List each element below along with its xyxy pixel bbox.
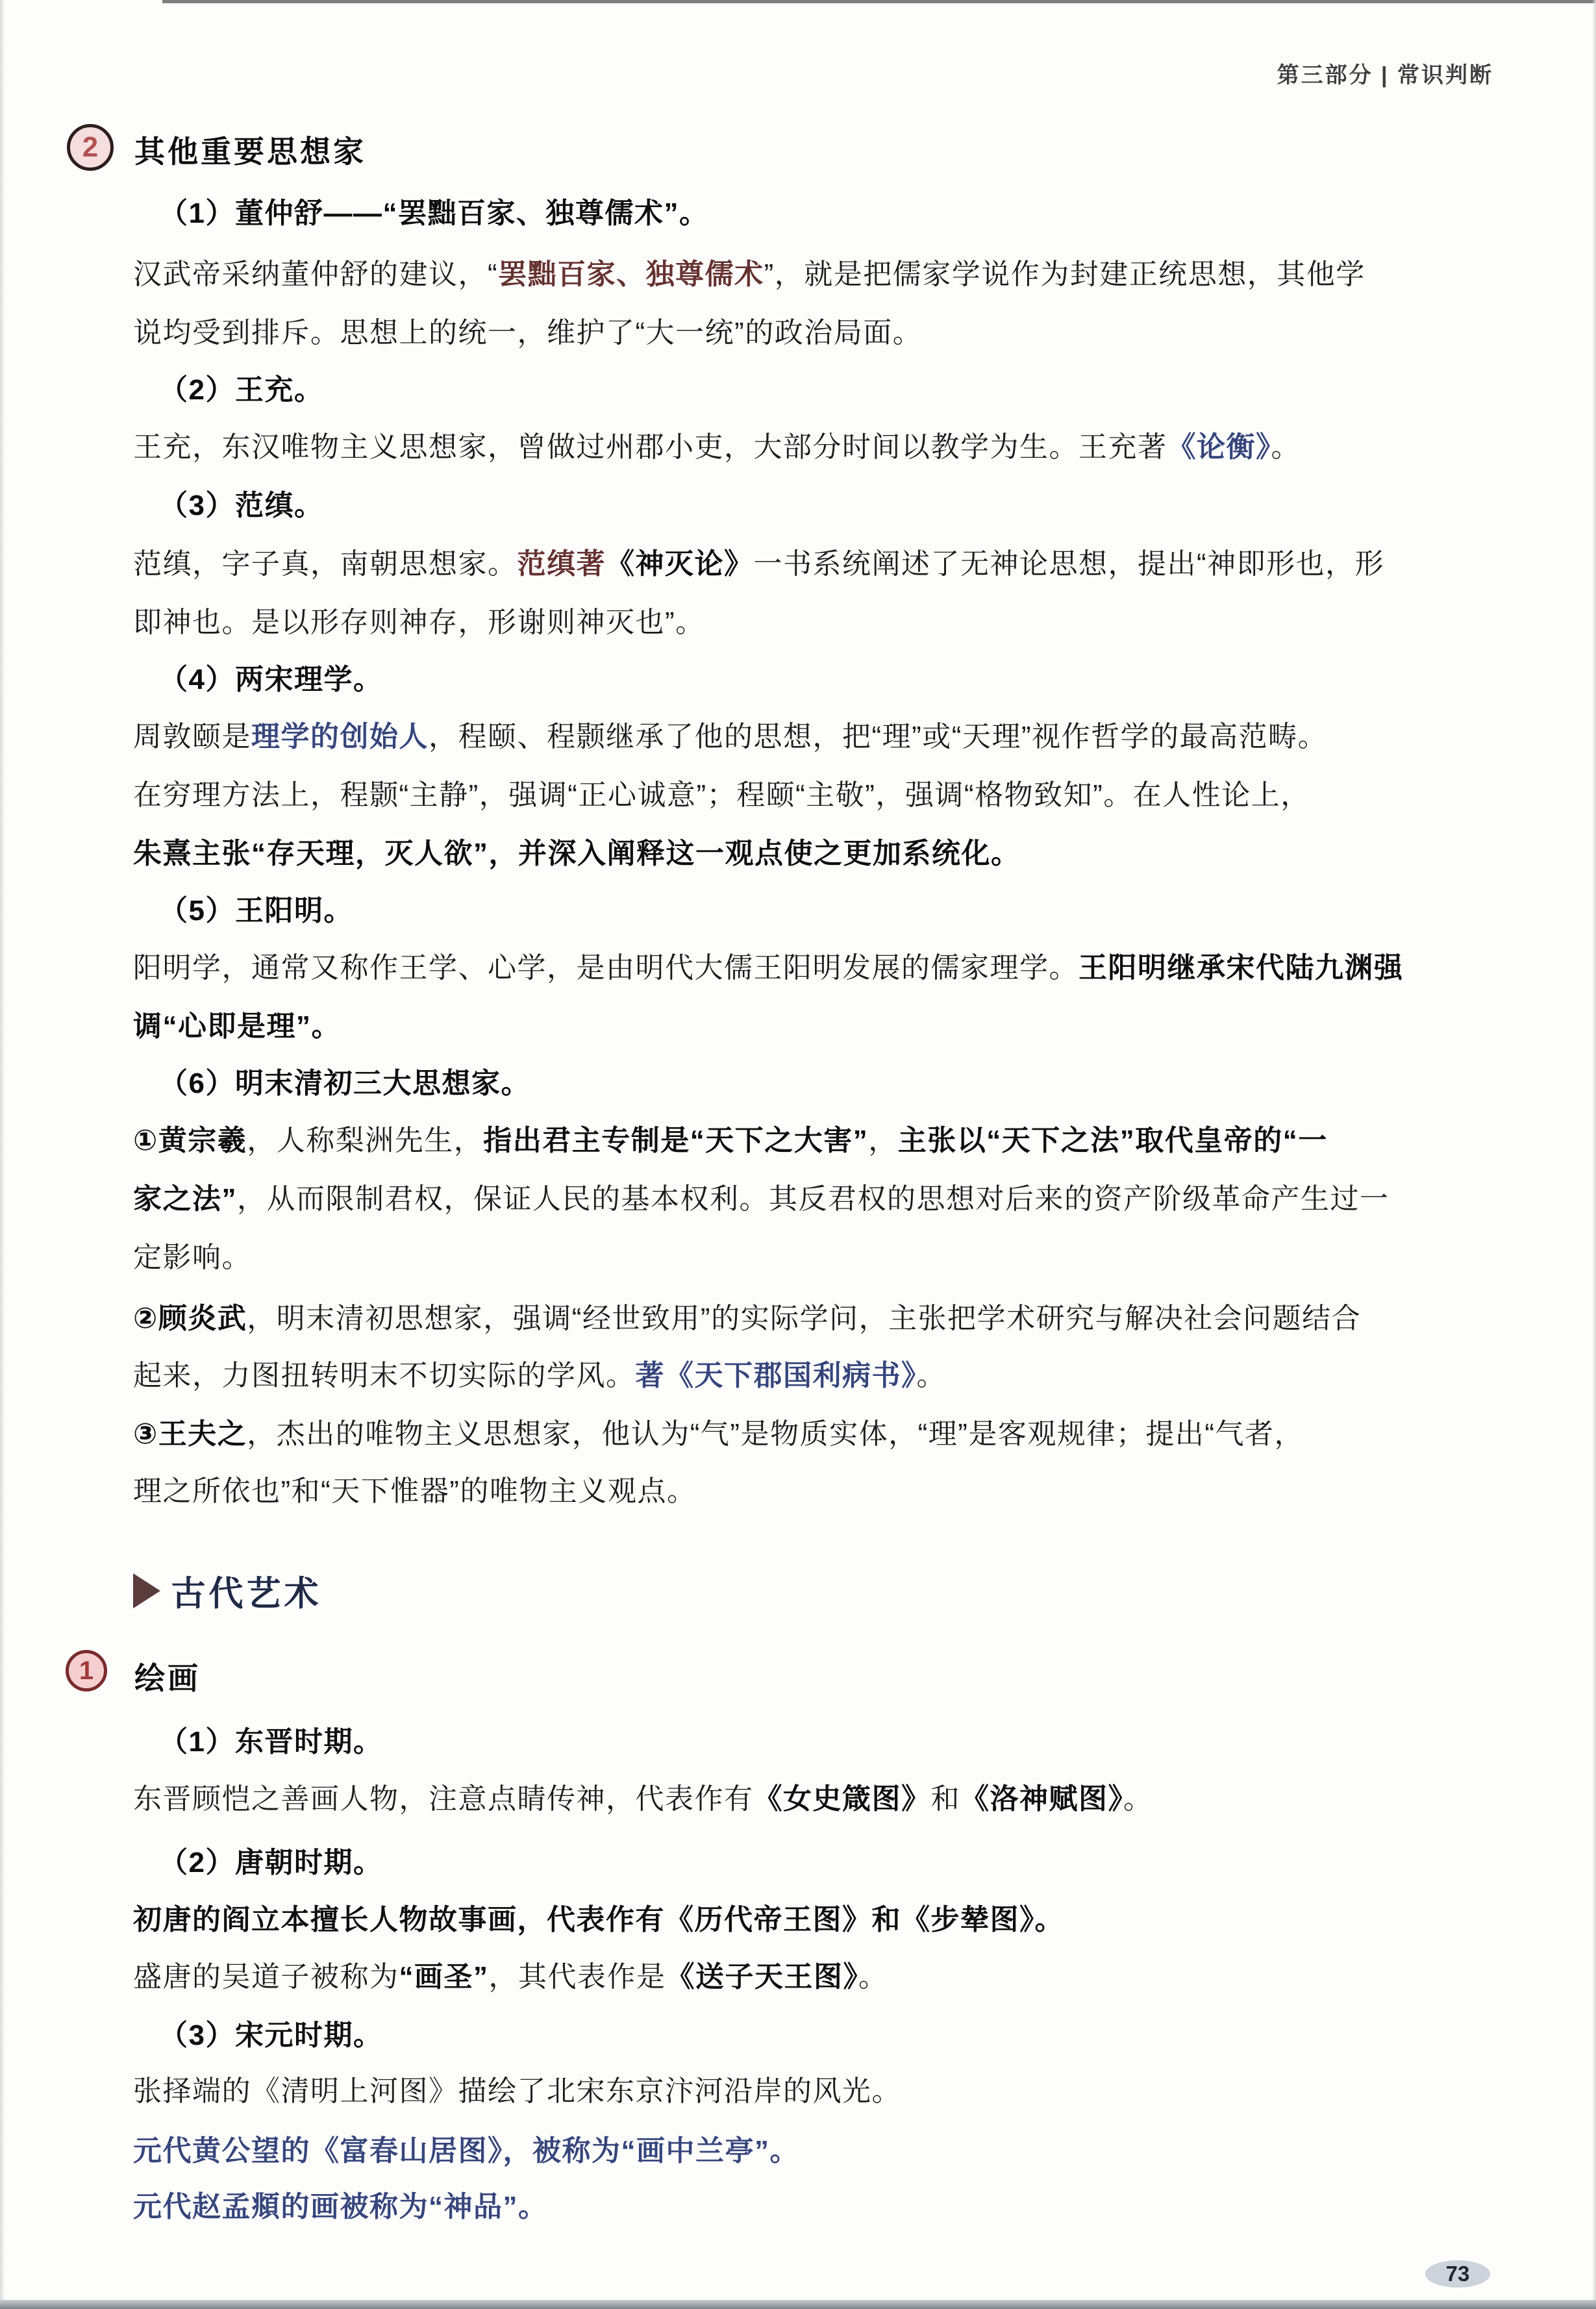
text-segment: 在穷理方法上，程颢“主静”，强调“正心诚意”；程颐“主敬”，强调“格物致知”。在… — [133, 779, 1310, 811]
text-segment: 。 — [1271, 431, 1301, 463]
text-line: 初唐的阎立本擅长人物故事画，代表作有《历代帝王图》和《步辇图》。 — [133, 1901, 1064, 1939]
text-segment: ，从而限制君权，保证人民的基本权利。其反君权的思想对后来的资产阶级革命产生过一 — [237, 1183, 1390, 1215]
text-segment: 起来，力图扭转明末不切实际的学风。 — [133, 1360, 636, 1392]
text-segment: （3）宋元时期。 — [159, 2019, 382, 2051]
section-title-painting: 绘画 — [134, 1654, 201, 1698]
item-heading: （3）范缜。 — [159, 487, 323, 525]
text-segment: ①黄宗羲 — [133, 1125, 247, 1156]
text-line: 朱熹主张“存天理，灭人欲”，并深入阐释这一观点使之更加系统化。 — [133, 835, 1021, 873]
text-segment: 。 — [917, 1360, 947, 1392]
text-segment: （1）东晋时期。 — [159, 1726, 382, 1758]
item-heading: （3）宋元时期。 — [159, 2017, 382, 2054]
text-segment: （5）王阳明。 — [159, 895, 353, 927]
text-segment: 《送子天王图》 — [666, 1961, 859, 1993]
text-segment: 范缜著 — [517, 548, 606, 580]
text-segment: ，其代表作是 — [489, 1961, 666, 1993]
text-segment: 元代赵孟頫的画被称为“神品”。 — [133, 2191, 548, 2223]
running-header: 第三部分 | 常识判断 — [1277, 57, 1493, 89]
text-segment: 范缜，字子真，南朝思想家。 — [133, 548, 517, 580]
text-line: 在穷理方法上，程颢“主静”，强调“正心诚意”；程颐“主敬”，强调“格物致知”。在… — [133, 777, 1310, 814]
scan-edge-bottom — [0, 2300, 1596, 2309]
section-number-badge-2: 2 — [67, 124, 114, 171]
chapter-heading-ancient-art: 古代艺术 — [133, 1566, 321, 1605]
text-line: 调“心即是理”。 — [133, 1008, 341, 1045]
text-segment: 调“心即是理”。 — [133, 1010, 341, 1042]
text-line: 王充，东汉唯物主义思想家，曾做过州郡小吏，大部分时间以教学为生。王充著《论衡》。 — [133, 429, 1301, 466]
text-segment: （6）明末清初三大思想家。 — [159, 1067, 530, 1099]
item-heading: （2）王充。 — [159, 371, 323, 409]
text-line: 定影响。 — [133, 1239, 251, 1277]
text-segment: 一书系统阐述了无神论思想，提出“神即形也，形 — [754, 548, 1385, 580]
text-segment: 说均受到排斥。思想上的统一，维护了“大一统”的政治局面。 — [133, 317, 922, 349]
text-segment: 家之法” — [133, 1183, 237, 1215]
arrow-right-icon — [133, 1573, 160, 1608]
text-segment: ②顾炎武 — [133, 1303, 247, 1334]
item-heading: （5）王阳明。 — [159, 892, 353, 930]
text-segment: 盛唐的吴道子被称为 — [133, 1961, 399, 1993]
text-segment: 著《天下郡国利病书》 — [636, 1360, 917, 1392]
scan-edge-right — [1592, 0, 1596, 2309]
text-line: 元代赵孟頫的画被称为“神品”。 — [133, 2188, 548, 2226]
section-number-badge-1: 1 — [66, 1650, 107, 1691]
text-segment: ， — [868, 1125, 898, 1156]
text-segment: ”，就是把儒家学说作为封建正统思想，其他学 — [764, 258, 1365, 290]
text-segment: 元代黄公望的《富春山居图》，被称为“画中兰亭”。 — [133, 2135, 799, 2167]
text-segment: “画圣” — [399, 1961, 489, 1993]
text-line: 说均受到排斥。思想上的统一，维护了“大一统”的政治局面。 — [133, 314, 922, 352]
text-segment: 阳明学，通常又称作王学、心学，是由明代大儒王阳明发展的儒家理学。 — [133, 952, 1079, 984]
text-segment: ，程颐、程颢继承了他的思想，把“理”或“天理”视作哲学的最高范畴。 — [429, 721, 1327, 753]
text-line: 起来，力图扭转明末不切实际的学风。著《天下郡国利病书》。 — [133, 1357, 946, 1395]
item-heading: （1）董仲舒——“罢黜百家、独尊儒术”。 — [159, 195, 708, 232]
text-line: ②顾炎武，明末清初思想家，强调“经世致用”的实际学问，主张把学术研究与解决社会问… — [133, 1300, 1361, 1338]
page-number: 73 — [1446, 2262, 1470, 2286]
item-heading: （6）明末清初三大思想家。 — [159, 1065, 530, 1103]
text-segment: （3）范缜。 — [159, 490, 323, 521]
text-segment: 《神灭论》 — [606, 548, 754, 580]
text-segment: 汉武帝采纳董仲舒的建议，“ — [133, 258, 498, 290]
text-segment: （2）唐朝时期。 — [159, 1847, 382, 1878]
text-segment: （4）两宋理学。 — [159, 664, 382, 695]
text-segment: 理学的创始人 — [251, 721, 429, 753]
chapter-heading-label: 古代艺术 — [171, 1566, 321, 1616]
text-segment: 。 — [858, 1961, 888, 1993]
text-segment: 《女史箴图》 — [754, 1783, 931, 1815]
text-segment: 东晋顾恺之善画人物，注意点睛传神，代表作有 — [133, 1783, 754, 1815]
text-segment: 定影响。 — [133, 1242, 251, 1273]
book-page: 第三部分 | 常识判断 2 其他重要思想家 古代艺术 1 绘画 （1）董仲舒——… — [0, 0, 1596, 2309]
text-line: 家之法”，从而限制君权，保证人民的基本权利。其反君权的思想对后来的资产阶级革命产… — [133, 1180, 1390, 1218]
text-segment: 《论衡》 — [1167, 431, 1271, 463]
item-heading: （4）两宋理学。 — [159, 661, 382, 699]
text-line: 汉武帝采纳董仲舒的建议，“罢黜百家、独尊儒术”，就是把儒家学说作为封建正统思想，… — [133, 256, 1365, 293]
text-segment: 指出君主专制是“天下之大害” — [483, 1125, 868, 1156]
text-segment: 和 — [931, 1783, 961, 1815]
text-segment: 周敦颐是 — [133, 721, 251, 753]
item-heading: （1）东晋时期。 — [159, 1723, 382, 1761]
text-segment: ，人称梨洲先生， — [247, 1125, 483, 1156]
text-segment: 即神也。是以形存则神存，形谢则神灭也”。 — [133, 606, 705, 638]
text-line: ③王夫之，杰出的唯物主义思想家，他认为“气”是物质实体，“理”是客观规律；提出“… — [133, 1416, 1304, 1453]
text-segment: ③王夫之 — [133, 1418, 247, 1450]
text-segment: （2）王充。 — [159, 374, 323, 406]
text-segment: 。 — [1123, 1783, 1153, 1815]
text-segment: ，杰出的唯物主义思想家，他认为“气”是物质实体，“理”是客观规律；提出“气者， — [247, 1418, 1304, 1450]
text-segment: 张择端的《清明上河图》描绘了北宋东京汴河沿岸的风光。 — [133, 2075, 901, 2107]
section-number-1: 1 — [79, 1656, 94, 1685]
text-line: 范缜，字子真，南朝思想家。范缜著《神灭论》一书系统阐述了无神论思想，提出“神即形… — [133, 545, 1384, 583]
text-segment: ，明末清初思想家，强调“经世致用”的实际学问，主张把学术研究与解决社会问题结合 — [247, 1303, 1361, 1334]
scan-edge-left — [0, 0, 5, 2309]
text-segment: 主张以“天下之法”取代皇帝的“一 — [898, 1125, 1328, 1156]
text-segment: （1）董仲舒——“罢黜百家、独尊儒术”。 — [159, 197, 708, 229]
text-segment: 《洛神赋图》 — [960, 1783, 1123, 1815]
page-number-badge: 73 — [1425, 2260, 1490, 2288]
text-segment: 罢黜百家、独尊儒术 — [498, 258, 764, 290]
text-line: 元代黄公望的《富春山居图》，被称为“画中兰亭”。 — [133, 2132, 799, 2170]
section-number-2: 2 — [82, 131, 98, 163]
section-title-thinkers: 其他重要思想家 — [134, 128, 366, 171]
text-segment: 王阳明继承宋代陆九渊强 — [1079, 952, 1404, 984]
text-line: 东晋顾恺之善画人物，注意点睛传神，代表作有《女史箴图》和《洛神赋图》。 — [133, 1780, 1153, 1818]
text-segment: 朱熹主张“存天理，灭人欲”，并深入阐释这一观点使之更加系统化。 — [133, 838, 1021, 869]
text-segment: 理之所依也”和“天下惟器”的唯物主义观点。 — [133, 1475, 696, 1507]
text-segment: 初唐的阎立本擅长人物故事画，代表作有《历代帝王图》和《步辇图》。 — [133, 1904, 1064, 1936]
text-line: 张择端的《清明上河图》描绘了北宋东京汴河沿岸的风光。 — [133, 2073, 901, 2110]
text-line: 盛唐的吴道子被称为“画圣”，其代表作是《送子天王图》。 — [133, 1958, 888, 1996]
item-heading: （2）唐朝时期。 — [159, 1844, 382, 1882]
text-segment: 王充，东汉唯物主义思想家，曾做过州郡小吏，大部分时间以教学为生。王充著 — [133, 431, 1167, 463]
text-line: 周敦颐是理学的创始人，程颐、程颢继承了他的思想，把“理”或“天理”视作哲学的最高… — [133, 718, 1327, 756]
text-line: 即神也。是以形存则神存，形谢则神灭也”。 — [133, 604, 705, 642]
text-line: 理之所依也”和“天下惟器”的唯物主义观点。 — [133, 1473, 696, 1510]
text-line: 阳明学，通常又称作王学、心学，是由明代大儒王阳明发展的儒家理学。王阳明继承宋代陆… — [133, 949, 1404, 987]
text-line: ①黄宗羲，人称梨洲先生，指出君主专制是“天下之大害”，主张以“天下之法”取代皇帝… — [133, 1122, 1328, 1160]
scan-edge-top — [162, 0, 1596, 3]
